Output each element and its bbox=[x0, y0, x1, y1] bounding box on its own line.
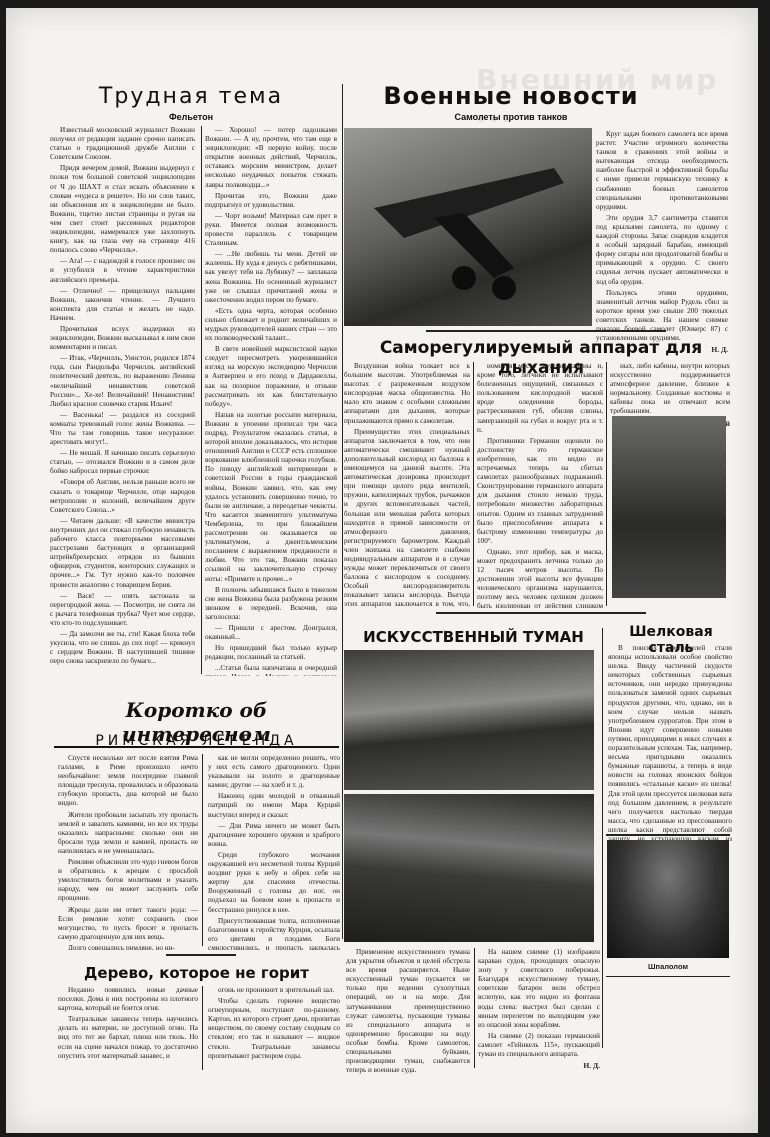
breathing-column-2: номится место внутри кабины и, кроме тог… bbox=[477, 362, 603, 608]
paragraph: Пользуясь этими орудиями, знаменитый лет… bbox=[596, 289, 728, 344]
paragraph: Недавно появились новые дачные поселки. … bbox=[58, 986, 198, 1013]
paragraph: Жрецы дали им ответ такого рода: — Если … bbox=[58, 906, 198, 942]
column-divider bbox=[201, 126, 202, 674]
paragraph: — ...Не любишь ты меня. Детей не жалеешь… bbox=[205, 250, 337, 305]
paragraph: — Вася! — опять застонала за перегородко… bbox=[50, 592, 195, 628]
fog-column-2: На нашем снимке (1) изображен караван су… bbox=[478, 948, 600, 1070]
breathing-apparatus-photo bbox=[612, 416, 726, 598]
military-news-text: Круг задач боевого самолета все время ра… bbox=[596, 130, 728, 354]
junkers-plane-photo bbox=[344, 128, 592, 326]
column-divider bbox=[474, 948, 475, 1068]
fog-column-1: Применение искусственного тумана для укр… bbox=[346, 948, 470, 1077]
paragraph: Круг задач боевого самолета все время ра… bbox=[596, 130, 728, 212]
paragraph: В полночь забывшаяся было в тяжелом сне … bbox=[205, 586, 337, 622]
paragraph: огонь не проникнет в зрительный зал. bbox=[208, 986, 340, 995]
paragraph: Известный московский журналист Вожкин по… bbox=[50, 126, 195, 162]
paragraph: Римляне объяснили это чудо гневом богов … bbox=[58, 858, 198, 903]
paragraph: — Пришли с арестом. Доигрался, окаянный.… bbox=[205, 624, 337, 642]
rule bbox=[606, 834, 730, 836]
paragraph: Спустя несколько лет после взятия Рима г… bbox=[58, 754, 198, 809]
tree-column-2: огонь не проникнет в зрительный зал.Чтоб… bbox=[208, 986, 340, 1063]
paragraph: Воздушная война толкает все к большим вы… bbox=[344, 362, 470, 426]
paragraph: Жители пробовали засыпать эту пропасть з… bbox=[58, 811, 198, 856]
paragraph: как не могли определенно решить, что у н… bbox=[208, 754, 340, 790]
paragraph: — Не мешай. Я начинаю писать серьезную с… bbox=[50, 449, 195, 476]
paragraph: Преимущество этих специальных аппаратов … bbox=[344, 428, 470, 608]
paragraph: Присутствовавшая толпа, исполненная благ… bbox=[208, 917, 340, 950]
fog-convoy-photo bbox=[344, 650, 594, 790]
rail-breaker-photo bbox=[607, 840, 729, 958]
roman-legend-column-1: Спустя несколько лет после взятия Рима г… bbox=[58, 754, 198, 950]
paragraph: — Васенька! — раздался из соседней комна… bbox=[50, 411, 195, 447]
feuilleton-column-2: — Хорошо! — потер ладошками Вожкин. — А … bbox=[205, 126, 337, 676]
paragraph: На нашем снимке (1) изображен караван су… bbox=[478, 948, 600, 1030]
column-divider bbox=[606, 362, 607, 606]
paragraph: — Отлично! — прищелкнул пальцами Вожкин,… bbox=[50, 287, 195, 323]
fog-signature: Н. Д. bbox=[478, 1061, 600, 1070]
paragraph: Напав на золотые россыпи материала, Вожк… bbox=[205, 411, 337, 584]
paragraph: Применение искусственного тумана для укр… bbox=[346, 948, 470, 1075]
paragraph: ных, либо кабины, внутри которых искусст… bbox=[610, 362, 730, 417]
paragraph: Прочитывая вслух выдержки из энциклопеди… bbox=[50, 325, 195, 352]
paragraph: — Для Рима ничего не может быть драгоцен… bbox=[208, 822, 340, 849]
rule bbox=[166, 954, 236, 956]
paragraph: В поисках заменителей стали японцы испол… bbox=[608, 644, 732, 853]
paragraph: — Ага! — с надеждой в голосе произнес он… bbox=[50, 257, 195, 284]
paragraph: Прочитав это, Вожкин даже подпрыгнул от … bbox=[205, 192, 337, 210]
paragraph: Однако, этот прибор, как и маска, может … bbox=[477, 548, 603, 608]
paragraph: «Говоря об Англии, нельзя раньше всего н… bbox=[50, 478, 195, 514]
paragraph: В свете новейшей марксистской науки след… bbox=[205, 345, 337, 409]
paragraph: — Чорт возьми! Материал сам прет в руки.… bbox=[205, 212, 337, 248]
section-divider bbox=[602, 628, 603, 1048]
roman-legend-title: РИМСКАЯ ЛЕГЕНДА bbox=[54, 733, 339, 749]
military-news-title: Военные новости bbox=[356, 82, 666, 110]
paragraph: Противники Германии оценили по достоинст… bbox=[477, 437, 603, 546]
newspaper-page: Внешний мир ... Трудная тема Фельетон Из… bbox=[6, 8, 758, 1133]
feuilleton-title: Трудная тема bbox=[46, 84, 336, 109]
tree-title: Дерево, которое не горит bbox=[54, 964, 339, 982]
tree-column-1: Недавно появились новые дачные поселки. … bbox=[58, 986, 198, 1063]
military-news-subtitle: Самолеты против танков bbox=[356, 112, 666, 122]
fog-plane-photo bbox=[344, 794, 594, 942]
paragraph: — Итак, «Черчилль, Уинстон, родился 1874… bbox=[50, 354, 195, 409]
fog-title: ИСКУССТВЕННЫЙ ТУМАН bbox=[346, 628, 601, 646]
feuilleton-subtitle: Фельетон bbox=[46, 112, 336, 122]
paragraph: Чтобы сделать горючее вещество огнеупорн… bbox=[208, 997, 340, 1061]
rail-breaker-caption: Шпалолом bbox=[606, 962, 730, 971]
rule bbox=[606, 976, 730, 977]
paragraph: Но пришедший был только курьер редакции,… bbox=[205, 644, 337, 662]
column-divider bbox=[473, 362, 474, 606]
roman-legend-column-2: как не могли определенно решить, что у н… bbox=[208, 754, 340, 950]
silk-text: В поисках заменителей стали японцы испол… bbox=[608, 644, 732, 855]
paragraph: — Да замолчи же ты, сти! Какая блоха теб… bbox=[50, 630, 195, 666]
paragraph: Наконец один молодой и отважный патриций… bbox=[208, 792, 340, 819]
column-divider bbox=[202, 754, 203, 946]
rule bbox=[436, 612, 646, 614]
paragraph: — Читаем дальше: «В качестве министра вн… bbox=[50, 517, 195, 590]
paragraph: На снимке (2) показан германский самолет… bbox=[478, 1032, 600, 1059]
paragraph: Долго совещались римляне, но ни- bbox=[58, 944, 198, 950]
breathing-column-1: Воздушная война толкает все к большим вы… bbox=[344, 362, 470, 608]
rule bbox=[426, 330, 666, 332]
section-divider bbox=[342, 84, 343, 939]
paragraph: Придя вечером домой, Вожкин выдернул с п… bbox=[50, 164, 195, 255]
paragraph: ...Статья была напечатана в очередной пр… bbox=[205, 664, 337, 676]
paragraph: — Хорошо! — потер ладошками Вожкин. — А … bbox=[205, 126, 337, 190]
feuilleton-column-1: Известный московский журналист Вожкин по… bbox=[50, 126, 195, 676]
paragraph: «Есть одна черта, которая особенно сильн… bbox=[205, 307, 337, 343]
column-divider bbox=[202, 986, 203, 1070]
paragraph: Эти орудия 3,7 сантиметра ставятся под к… bbox=[596, 214, 728, 287]
paragraph: номится место внутри кабины и, кроме тог… bbox=[477, 362, 603, 435]
paragraph: Театральные занавесы теперь научились де… bbox=[58, 1015, 198, 1060]
paragraph: Среди глубокого молчания окружавшей его … bbox=[208, 851, 340, 915]
